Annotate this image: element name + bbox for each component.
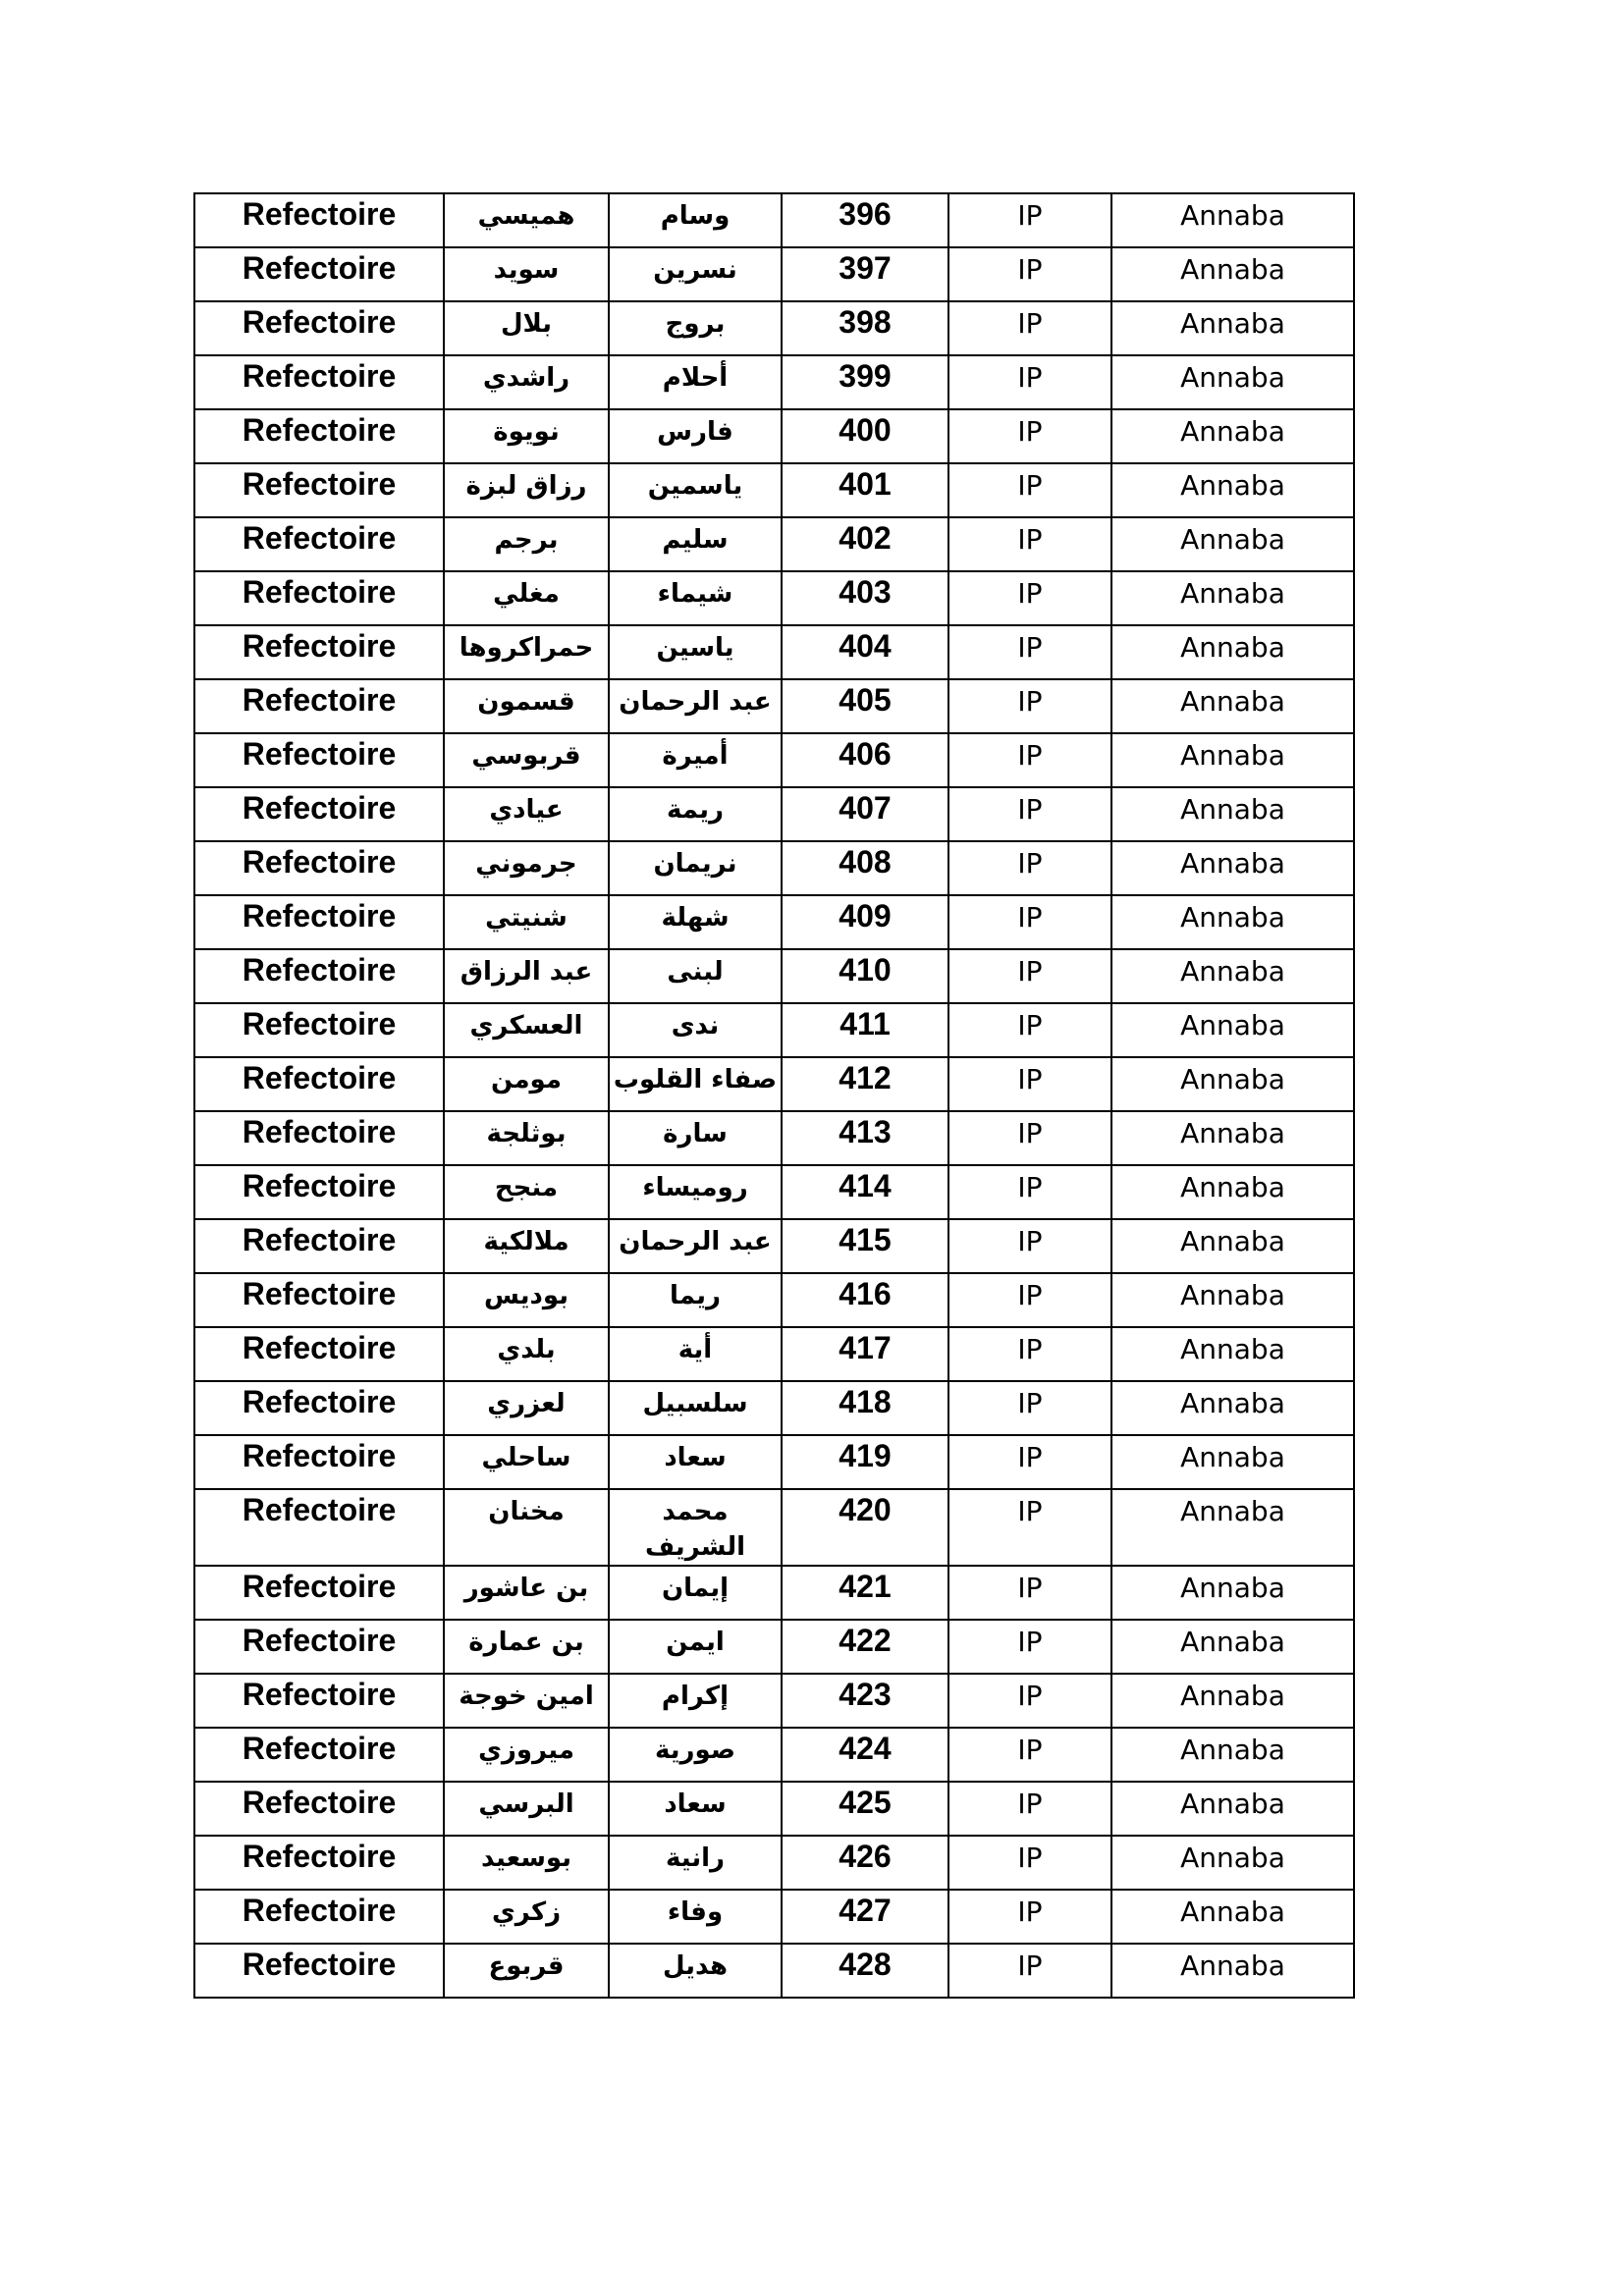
table-row: Refectoire شنيتي شهلة 409 IP Annaba <box>194 895 1354 949</box>
last-name-text: بوثلجة <box>445 1112 608 1151</box>
type-cell: IP <box>948 463 1111 517</box>
type-cell: IP <box>948 1728 1111 1782</box>
first-name-cell: ياسمين <box>609 463 782 517</box>
last-name-text: العسكري <box>445 1004 608 1043</box>
last-name-text: هميسي <box>445 194 608 234</box>
first-name-cell: ندى <box>609 1003 782 1057</box>
first-name-text: عبد الرحمان <box>610 680 781 720</box>
city-cell: Annaba <box>1111 1836 1354 1890</box>
last-name-text: زكري <box>445 1891 608 1930</box>
first-name-text: وفاء <box>610 1891 781 1930</box>
last-name-cell: بوسعيد <box>444 1836 609 1890</box>
first-name-cell: رانية <box>609 1836 782 1890</box>
place-cell: Refectoire <box>194 1165 444 1219</box>
city-cell: Annaba <box>1111 733 1354 787</box>
last-name-cell: قربوسي <box>444 733 609 787</box>
last-name-cell: عيادي <box>444 787 609 841</box>
city-cell: Annaba <box>1111 1327 1354 1381</box>
first-name-text: صفاء القلوب <box>610 1058 781 1097</box>
first-name-text: فارس <box>610 410 781 450</box>
first-name-text: سارة <box>610 1112 781 1151</box>
last-name-text: مخنان <box>445 1490 608 1529</box>
last-name-text: بوديس <box>445 1274 608 1313</box>
type-cell: IP <box>948 1836 1111 1890</box>
type-cell: IP <box>948 193 1111 247</box>
type-cell: IP <box>948 1674 1111 1728</box>
document-page: Refectoire هميسي وسام 396 IP Annaba Refe… <box>0 0 1624 2296</box>
type-cell: IP <box>948 1620 1111 1674</box>
type-cell: IP <box>948 1782 1111 1836</box>
number-cell: 423 <box>782 1674 948 1728</box>
city-cell: Annaba <box>1111 301 1354 355</box>
city-cell: Annaba <box>1111 1219 1354 1273</box>
city-cell: Annaba <box>1111 1111 1354 1165</box>
last-name-cell: ملالكية <box>444 1219 609 1273</box>
first-name-text: صورية <box>610 1729 781 1768</box>
first-name-text: إكرام <box>610 1675 781 1714</box>
last-name-text: سويد <box>445 248 608 288</box>
last-name-text: بوسعيد <box>445 1837 608 1876</box>
last-name-cell: قربوع <box>444 1944 609 1998</box>
type-cell: IP <box>948 787 1111 841</box>
table-row: Refectoire قسمون عبد الرحمان 405 IP Anna… <box>194 679 1354 733</box>
table-row: Refectoire عبد الرزاق لبنى 410 IP Annaba <box>194 949 1354 1003</box>
first-name-cell: لبنى <box>609 949 782 1003</box>
first-name-cell: هديل <box>609 1944 782 1998</box>
first-name-text: سعاد <box>610 1783 781 1822</box>
city-cell: Annaba <box>1111 895 1354 949</box>
last-name-cell: مومن <box>444 1057 609 1111</box>
type-cell: IP <box>948 1489 1111 1566</box>
place-cell: Refectoire <box>194 1327 444 1381</box>
type-cell: IP <box>948 1111 1111 1165</box>
table-row: Refectoire العسكري ندى 411 IP Annaba <box>194 1003 1354 1057</box>
table-row: Refectoire هميسي وسام 396 IP Annaba <box>194 193 1354 247</box>
first-name-cell: صفاء القلوب <box>609 1057 782 1111</box>
place-cell: Refectoire <box>194 301 444 355</box>
table-row: Refectoire ساحلي سعاد 419 IP Annaba <box>194 1435 1354 1489</box>
last-name-text: قربوسي <box>445 734 608 774</box>
first-name-text: أية <box>610 1328 781 1367</box>
last-name-cell: امين خوجة <box>444 1674 609 1728</box>
number-cell: 428 <box>782 1944 948 1998</box>
city-cell: Annaba <box>1111 841 1354 895</box>
last-name-text: منجح <box>445 1166 608 1205</box>
table-row: Refectoire جرموني نريمان 408 IP Annaba <box>194 841 1354 895</box>
first-name-text: لبنى <box>610 950 781 989</box>
place-cell: Refectoire <box>194 1620 444 1674</box>
number-cell: 412 <box>782 1057 948 1111</box>
first-name-cell: أية <box>609 1327 782 1381</box>
number-cell: 425 <box>782 1782 948 1836</box>
last-name-text: رزاق لبزة <box>445 464 608 504</box>
place-cell: Refectoire <box>194 463 444 517</box>
first-name-cell: عبد الرحمان <box>609 1219 782 1273</box>
last-name-cell: قسمون <box>444 679 609 733</box>
last-name-cell: ميروزي <box>444 1728 609 1782</box>
last-name-cell: منجح <box>444 1165 609 1219</box>
type-cell: IP <box>948 1327 1111 1381</box>
type-cell: IP <box>948 409 1111 463</box>
table-row: Refectoire مومن صفاء القلوب 412 IP Annab… <box>194 1057 1354 1111</box>
place-cell: Refectoire <box>194 193 444 247</box>
first-name-text: سعاد <box>610 1436 781 1475</box>
place-cell: Refectoire <box>194 895 444 949</box>
first-name-text: هديل <box>610 1945 781 1984</box>
number-cell: 424 <box>782 1728 948 1782</box>
last-name-cell: البرسي <box>444 1782 609 1836</box>
place-cell: Refectoire <box>194 1836 444 1890</box>
type-cell: IP <box>948 517 1111 571</box>
number-cell: 404 <box>782 625 948 679</box>
city-cell: Annaba <box>1111 247 1354 301</box>
number-cell: 420 <box>782 1489 948 1566</box>
last-name-cell: شنيتي <box>444 895 609 949</box>
city-cell: Annaba <box>1111 355 1354 409</box>
number-cell: 406 <box>782 733 948 787</box>
table-row: Refectoire قربوع هديل 428 IP Annaba <box>194 1944 1354 1998</box>
place-cell: Refectoire <box>194 1782 444 1836</box>
table-row: Refectoire مغلي شيماء 403 IP Annaba <box>194 571 1354 625</box>
last-name-text: مومن <box>445 1058 608 1097</box>
number-cell: 416 <box>782 1273 948 1327</box>
last-name-text: البرسي <box>445 1783 608 1822</box>
table-row: Refectoire البرسي سعاد 425 IP Annaba <box>194 1782 1354 1836</box>
place-cell: Refectoire <box>194 949 444 1003</box>
number-cell: 421 <box>782 1566 948 1620</box>
last-name-text: نويوة <box>445 410 608 450</box>
table-row: Refectoire منجح روميساء 414 IP Annaba <box>194 1165 1354 1219</box>
first-name-cell: ريمة <box>609 787 782 841</box>
type-cell: IP <box>948 733 1111 787</box>
last-name-text: راشدي <box>445 356 608 396</box>
city-cell: Annaba <box>1111 1728 1354 1782</box>
type-cell: IP <box>948 1566 1111 1620</box>
last-name-text: جرموني <box>445 842 608 881</box>
table-row: Refectoire قربوسي أميرة 406 IP Annaba <box>194 733 1354 787</box>
first-name-cell: شهلة <box>609 895 782 949</box>
first-name-cell: أحلام <box>609 355 782 409</box>
roster-table: Refectoire هميسي وسام 396 IP Annaba Refe… <box>193 192 1355 1999</box>
number-cell: 415 <box>782 1219 948 1273</box>
last-name-cell: لعزري <box>444 1381 609 1435</box>
number-cell: 422 <box>782 1620 948 1674</box>
number-cell: 414 <box>782 1165 948 1219</box>
city-cell: Annaba <box>1111 1782 1354 1836</box>
table-row: Refectoire بلدي أية 417 IP Annaba <box>194 1327 1354 1381</box>
last-name-cell: بن عاشور <box>444 1566 609 1620</box>
city-cell: Annaba <box>1111 1273 1354 1327</box>
last-name-cell: ساحلي <box>444 1435 609 1489</box>
type-cell: IP <box>948 679 1111 733</box>
last-name-cell: هميسي <box>444 193 609 247</box>
place-cell: Refectoire <box>194 787 444 841</box>
last-name-cell: عبد الرزاق <box>444 949 609 1003</box>
type-cell: IP <box>948 1381 1111 1435</box>
first-name-cell: فارس <box>609 409 782 463</box>
first-name-cell: صورية <box>609 1728 782 1782</box>
last-name-cell: نويوة <box>444 409 609 463</box>
last-name-text: امين خوجة <box>445 1675 608 1714</box>
place-cell: Refectoire <box>194 1890 444 1944</box>
number-cell: 408 <box>782 841 948 895</box>
place-cell: Refectoire <box>194 733 444 787</box>
last-name-text: ساحلي <box>445 1436 608 1475</box>
last-name-text: ملالكية <box>445 1220 608 1259</box>
place-cell: Refectoire <box>194 1381 444 1435</box>
city-cell: Annaba <box>1111 517 1354 571</box>
city-cell: Annaba <box>1111 409 1354 463</box>
last-name-text: حمراكروها <box>445 626 608 666</box>
table-row: Refectoire برجم سليم 402 IP Annaba <box>194 517 1354 571</box>
number-cell: 407 <box>782 787 948 841</box>
place-cell: Refectoire <box>194 1003 444 1057</box>
first-name-cell: بروج <box>609 301 782 355</box>
city-cell: Annaba <box>1111 1890 1354 1944</box>
table-row: Refectoire ميروزي صورية 424 IP Annaba <box>194 1728 1354 1782</box>
table-row: Refectoire رزاق لبزة ياسمين 401 IP Annab… <box>194 463 1354 517</box>
first-name-cell: نسرين <box>609 247 782 301</box>
city-cell: Annaba <box>1111 1620 1354 1674</box>
last-name-text: بلدي <box>445 1328 608 1367</box>
first-name-text: عبد الرحمان <box>610 1220 781 1259</box>
place-cell: Refectoire <box>194 571 444 625</box>
number-cell: 418 <box>782 1381 948 1435</box>
city-cell: Annaba <box>1111 193 1354 247</box>
first-name-text: ريما <box>610 1274 781 1313</box>
type-cell: IP <box>948 1219 1111 1273</box>
number-cell: 419 <box>782 1435 948 1489</box>
first-name-text: بروج <box>610 302 781 342</box>
last-name-cell: حمراكروها <box>444 625 609 679</box>
type-cell: IP <box>948 895 1111 949</box>
first-name-cell: سليم <box>609 517 782 571</box>
last-name-cell: رزاق لبزة <box>444 463 609 517</box>
city-cell: Annaba <box>1111 1566 1354 1620</box>
table-row: Refectoire بن عمارة ايمن 422 IP Annaba <box>194 1620 1354 1674</box>
city-cell: Annaba <box>1111 625 1354 679</box>
first-name-cell: إيمان <box>609 1566 782 1620</box>
type-cell: IP <box>948 247 1111 301</box>
first-name-cell: سلسبيل <box>609 1381 782 1435</box>
last-name-cell: راشدي <box>444 355 609 409</box>
table-row: Refectoire بوثلجة سارة 413 IP Annaba <box>194 1111 1354 1165</box>
number-cell: 405 <box>782 679 948 733</box>
first-name-text: رانية <box>610 1837 781 1876</box>
city-cell: Annaba <box>1111 463 1354 517</box>
place-cell: Refectoire <box>194 1111 444 1165</box>
first-name-text: شيماء <box>610 572 781 612</box>
table-row: Refectoire بلال بروج 398 IP Annaba <box>194 301 1354 355</box>
last-name-cell: سويد <box>444 247 609 301</box>
first-name-cell: محمد الشريف <box>609 1489 782 1566</box>
place-cell: Refectoire <box>194 517 444 571</box>
type-cell: IP <box>948 1435 1111 1489</box>
number-cell: 398 <box>782 301 948 355</box>
last-name-cell: العسكري <box>444 1003 609 1057</box>
first-name-text: أحلام <box>610 356 781 396</box>
last-name-text: بن عاشور <box>445 1567 608 1606</box>
table-row: Refectoire زكري وفاء 427 IP Annaba <box>194 1890 1354 1944</box>
roster-body: Refectoire هميسي وسام 396 IP Annaba Refe… <box>194 193 1354 1998</box>
first-name-cell: إكرام <box>609 1674 782 1728</box>
number-cell: 410 <box>782 949 948 1003</box>
last-name-cell: برجم <box>444 517 609 571</box>
first-name-cell: وفاء <box>609 1890 782 1944</box>
last-name-cell: بن عمارة <box>444 1620 609 1674</box>
last-name-text: قسمون <box>445 680 608 720</box>
number-cell: 426 <box>782 1836 948 1890</box>
first-name-text: ياسين <box>610 626 781 666</box>
last-name-text: لعزري <box>445 1382 608 1421</box>
first-name-text: ياسمين <box>610 464 781 504</box>
place-cell: Refectoire <box>194 1944 444 1998</box>
last-name-text: بن عمارة <box>445 1621 608 1660</box>
first-name-text: نسرين <box>610 248 781 288</box>
first-name-text: أميرة <box>610 734 781 774</box>
table-row: Refectoire بوديس ريما 416 IP Annaba <box>194 1273 1354 1327</box>
table-row: Refectoire نويوة فارس 400 IP Annaba <box>194 409 1354 463</box>
type-cell: IP <box>948 1165 1111 1219</box>
first-name-cell: ايمن <box>609 1620 782 1674</box>
type-cell: IP <box>948 571 1111 625</box>
place-cell: Refectoire <box>194 1566 444 1620</box>
city-cell: Annaba <box>1111 1489 1354 1566</box>
table-row: Refectoire لعزري سلسبيل 418 IP Annaba <box>194 1381 1354 1435</box>
first-name-text: سلسبيل <box>610 1382 781 1421</box>
table-row: Refectoire عيادي ريمة 407 IP Annaba <box>194 787 1354 841</box>
type-cell: IP <box>948 1944 1111 1998</box>
city-cell: Annaba <box>1111 1165 1354 1219</box>
type-cell: IP <box>948 1890 1111 1944</box>
last-name-text: مغلي <box>445 572 608 612</box>
city-cell: Annaba <box>1111 787 1354 841</box>
table-row: Refectoire بن عاشور إيمان 421 IP Annaba <box>194 1566 1354 1620</box>
last-name-cell: زكري <box>444 1890 609 1944</box>
city-cell: Annaba <box>1111 949 1354 1003</box>
place-cell: Refectoire <box>194 355 444 409</box>
number-cell: 400 <box>782 409 948 463</box>
city-cell: Annaba <box>1111 1057 1354 1111</box>
place-cell: Refectoire <box>194 1674 444 1728</box>
city-cell: Annaba <box>1111 679 1354 733</box>
type-cell: IP <box>948 949 1111 1003</box>
number-cell: 409 <box>782 895 948 949</box>
first-name-text: ندى <box>610 1004 781 1043</box>
type-cell: IP <box>948 841 1111 895</box>
table-row: Refectoire سويد نسرين 397 IP Annaba <box>194 247 1354 301</box>
number-cell: 396 <box>782 193 948 247</box>
type-cell: IP <box>948 1057 1111 1111</box>
first-name-text: محمد الشريف <box>610 1490 781 1565</box>
last-name-text: قربوع <box>445 1945 608 1984</box>
last-name-cell: جرموني <box>444 841 609 895</box>
first-name-text: إيمان <box>610 1567 781 1606</box>
city-cell: Annaba <box>1111 1003 1354 1057</box>
city-cell: Annaba <box>1111 1435 1354 1489</box>
last-name-text: عبد الرزاق <box>445 950 608 989</box>
last-name-cell: بلال <box>444 301 609 355</box>
first-name-cell: ريما <box>609 1273 782 1327</box>
place-cell: Refectoire <box>194 409 444 463</box>
first-name-text: سليم <box>610 518 781 558</box>
first-name-cell: سعاد <box>609 1782 782 1836</box>
last-name-cell: بوثلجة <box>444 1111 609 1165</box>
first-name-cell: سعاد <box>609 1435 782 1489</box>
place-cell: Refectoire <box>194 625 444 679</box>
last-name-cell: مغلي <box>444 571 609 625</box>
first-name-text: نريمان <box>610 842 781 881</box>
number-cell: 403 <box>782 571 948 625</box>
table-row: Refectoire امين خوجة إكرام 423 IP Annaba <box>194 1674 1354 1728</box>
first-name-cell: شيماء <box>609 571 782 625</box>
place-cell: Refectoire <box>194 247 444 301</box>
number-cell: 411 <box>782 1003 948 1057</box>
place-cell: Refectoire <box>194 841 444 895</box>
city-cell: Annaba <box>1111 1674 1354 1728</box>
last-name-cell: بوديس <box>444 1273 609 1327</box>
first-name-cell: عبد الرحمان <box>609 679 782 733</box>
number-cell: 413 <box>782 1111 948 1165</box>
first-name-cell: ياسين <box>609 625 782 679</box>
type-cell: IP <box>948 625 1111 679</box>
first-name-text: ريمة <box>610 788 781 828</box>
place-cell: Refectoire <box>194 1489 444 1566</box>
last-name-cell: بلدي <box>444 1327 609 1381</box>
number-cell: 417 <box>782 1327 948 1381</box>
number-cell: 401 <box>782 463 948 517</box>
first-name-text: شهلة <box>610 896 781 935</box>
type-cell: IP <box>948 301 1111 355</box>
first-name-cell: وسام <box>609 193 782 247</box>
first-name-cell: سارة <box>609 1111 782 1165</box>
last-name-text: برجم <box>445 518 608 558</box>
place-cell: Refectoire <box>194 1057 444 1111</box>
first-name-cell: نريمان <box>609 841 782 895</box>
number-cell: 397 <box>782 247 948 301</box>
table-row: Refectoire بوسعيد رانية 426 IP Annaba <box>194 1836 1354 1890</box>
table-row: Refectoire ملالكية عبد الرحمان 415 IP An… <box>194 1219 1354 1273</box>
number-cell: 399 <box>782 355 948 409</box>
table-row: Refectoire راشدي أحلام 399 IP Annaba <box>194 355 1354 409</box>
place-cell: Refectoire <box>194 679 444 733</box>
last-name-text: بلال <box>445 302 608 342</box>
last-name-text: عيادي <box>445 788 608 828</box>
last-name-cell: مخنان <box>444 1489 609 1566</box>
last-name-text: ميروزي <box>445 1729 608 1768</box>
last-name-text: شنيتي <box>445 896 608 935</box>
first-name-text: ايمن <box>610 1621 781 1660</box>
place-cell: Refectoire <box>194 1728 444 1782</box>
place-cell: Refectoire <box>194 1219 444 1273</box>
table-row: Refectoire حمراكروها ياسين 404 IP Annaba <box>194 625 1354 679</box>
place-cell: Refectoire <box>194 1435 444 1489</box>
type-cell: IP <box>948 355 1111 409</box>
type-cell: IP <box>948 1003 1111 1057</box>
city-cell: Annaba <box>1111 1944 1354 1998</box>
number-cell: 427 <box>782 1890 948 1944</box>
table-row: Refectoire مخنان محمد الشريف 420 IP Anna… <box>194 1489 1354 1566</box>
first-name-cell: روميساء <box>609 1165 782 1219</box>
first-name-text: روميساء <box>610 1166 781 1205</box>
first-name-text: وسام <box>610 194 781 234</box>
place-cell: Refectoire <box>194 1273 444 1327</box>
city-cell: Annaba <box>1111 1381 1354 1435</box>
city-cell: Annaba <box>1111 571 1354 625</box>
number-cell: 402 <box>782 517 948 571</box>
type-cell: IP <box>948 1273 1111 1327</box>
first-name-cell: أميرة <box>609 733 782 787</box>
